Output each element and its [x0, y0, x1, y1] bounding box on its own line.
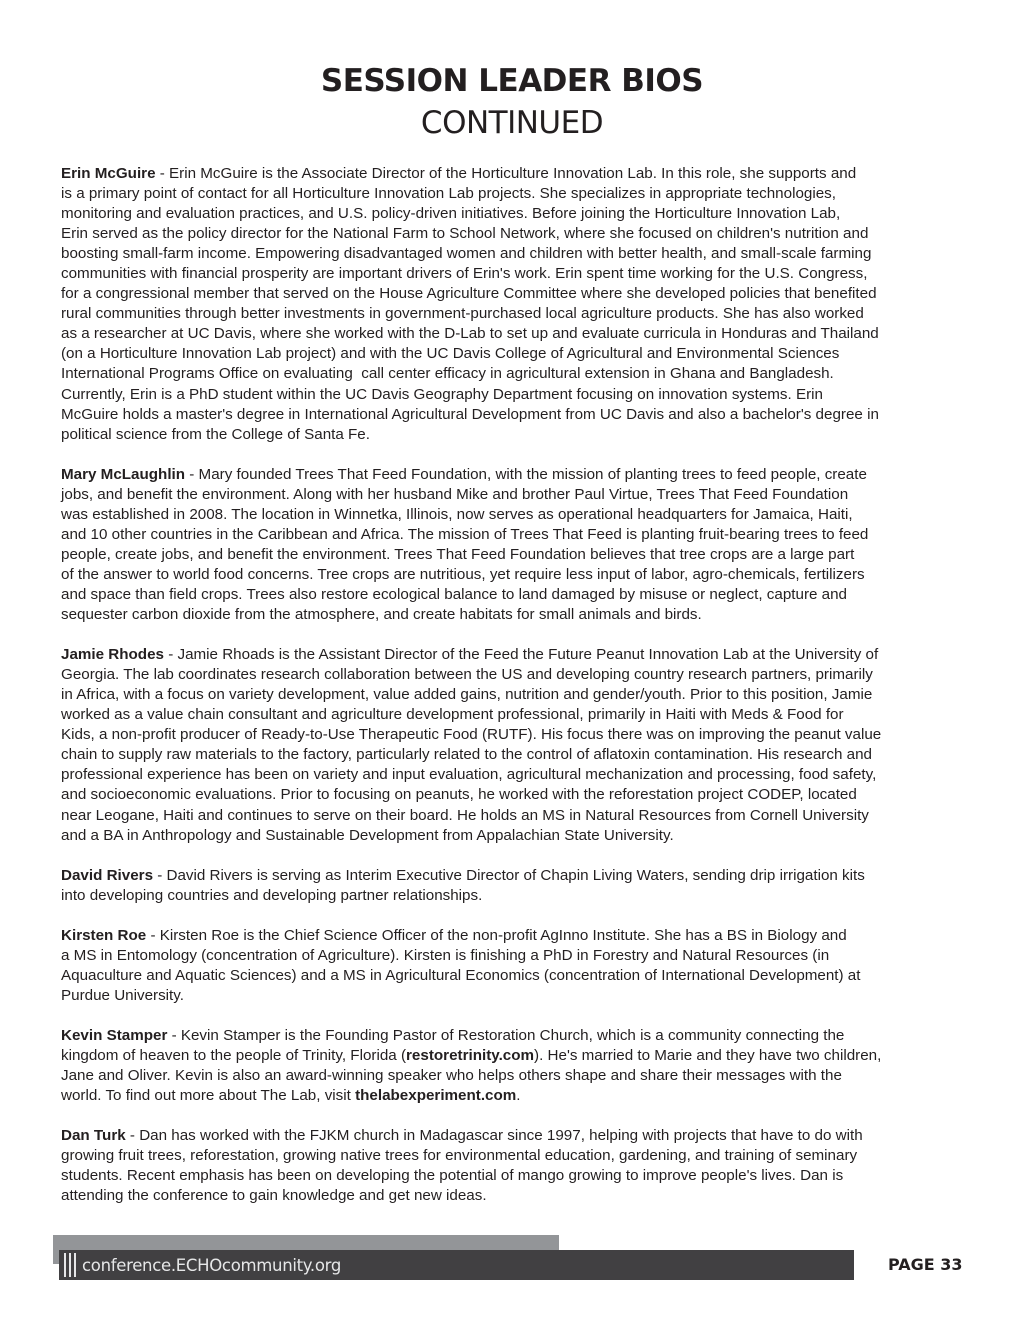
footer-url-link[interactable]: conference.ECHOcommunity.org	[82, 1256, 341, 1275]
bio-mary-mclaughlin: Mary McLaughlin - Mary founded Trees Tha…	[61, 465, 971, 625]
bio-line: monitoring and evaluation practices, and…	[61, 204, 971, 224]
footer-bar: conference.ECHOcommunity.org	[59, 1250, 854, 1280]
bio-dan-turk: Dan Turk - Dan has worked with the FJKM …	[61, 1126, 971, 1206]
bio-line: is a primary point of contact for all Ho…	[61, 184, 971, 204]
bio-line: a MS in Entomology (concentration of Agr…	[61, 946, 971, 966]
bio-line: students. Recent emphasis has been on de…	[61, 1166, 971, 1186]
bio-line: as a researcher at UC Davis, where she w…	[61, 324, 971, 344]
bio-line: Kevin Stamper - Kevin Stamper is the Fou…	[61, 1026, 971, 1046]
bio-name: Mary McLaughlin	[61, 466, 185, 483]
bio-line: rural communities through better investm…	[61, 304, 971, 324]
bio-name: Kirsten Roe	[61, 927, 146, 944]
bio-line: Erin McGuire - Erin McGuire is the Assoc…	[61, 164, 971, 184]
bio-line: and 10 other countries in the Caribbean …	[61, 525, 971, 545]
bio-line: McGuire holds a master's degree in Inter…	[61, 405, 971, 425]
bio-line: sequester carbon dioxide from the atmosp…	[61, 605, 971, 625]
bio-line: Kirsten Roe - Kirsten Roe is the Chief S…	[61, 926, 971, 946]
bio-line: near Leogane, Haiti and continues to ser…	[61, 806, 971, 826]
bio-line: Kids, a non-profit producer of Ready-to-…	[61, 725, 971, 745]
bio-line: Erin served as the policy director for t…	[61, 224, 971, 244]
bio-line: in Africa, with a focus on variety devel…	[61, 685, 971, 705]
bio-line: Jane and Oliver. Kevin is also an award-…	[61, 1066, 971, 1086]
bio-line: professional experience has been on vari…	[61, 765, 971, 785]
bio-jamie-rhodes: Jamie Rhodes - Jamie Rhoads is the Assis…	[61, 645, 971, 845]
bio-line: communities with financial prosperity ar…	[61, 264, 971, 284]
bio-line: world. To find out more about The Lab, v…	[61, 1086, 971, 1106]
bio-line: David Rivers - David Rivers is serving a…	[61, 866, 971, 886]
page-header: SESSION LEADER BIOS CONTINUED	[0, 60, 1024, 144]
page-title: SESSION LEADER BIOS	[0, 60, 1024, 102]
bio-line: chain to supply raw materials to the fac…	[61, 745, 971, 765]
bio-kirsten-roe: Kirsten Roe - Kirsten Roe is the Chief S…	[61, 926, 971, 1006]
bio-line: Georgia. The lab coordinates research co…	[61, 665, 971, 685]
vertical-bars-icon	[64, 1253, 76, 1277]
bio-line: Mary McLaughlin - Mary founded Trees Tha…	[61, 465, 971, 485]
bio-line: kingdom of heaven to the people of Trini…	[61, 1046, 971, 1066]
bio-name: Kevin Stamper	[61, 1027, 167, 1044]
bio-erin-mcguire: Erin McGuire - Erin McGuire is the Assoc…	[61, 164, 971, 445]
restoretrinity-link[interactable]: restoretrinity.com	[406, 1047, 534, 1064]
bio-line: International Programs Office on evaluat…	[61, 364, 971, 384]
bio-name: David Rivers	[61, 867, 153, 884]
page-number: PAGE 33	[888, 1255, 963, 1274]
bio-line: Currently, Erin is a PhD student within …	[61, 385, 971, 405]
bio-kevin-stamper: Kevin Stamper - Kevin Stamper is the Fou…	[61, 1026, 971, 1106]
bio-line: Dan Turk - Dan has worked with the FJKM …	[61, 1126, 971, 1146]
bio-line: for a congressional member that served o…	[61, 284, 971, 304]
bio-line: people, create jobs, and benefit the env…	[61, 545, 971, 565]
bio-david-rivers: David Rivers - David Rivers is serving a…	[61, 866, 971, 906]
bios-section: Erin McGuire - Erin McGuire is the Assoc…	[61, 164, 971, 1226]
bio-line: and space than field crops. Trees also r…	[61, 585, 971, 605]
bio-line: (on a Horticulture Innovation Lab projec…	[61, 344, 971, 364]
bio-name: Jamie Rhodes	[61, 646, 164, 663]
page-subtitle: CONTINUED	[0, 102, 1024, 144]
bio-line: Aquaculture and Aquatic Sciences) and a …	[61, 966, 971, 986]
bio-line: and socioeconomic evaluations. Prior to …	[61, 785, 971, 805]
bio-line: growing fruit trees, reforestation, grow…	[61, 1146, 971, 1166]
bio-line: Jamie Rhodes - Jamie Rhoads is the Assis…	[61, 645, 971, 665]
bio-name: Dan Turk	[61, 1127, 126, 1144]
bio-line: Purdue University.	[61, 986, 971, 1006]
bio-line: of the answer to world food concerns. Tr…	[61, 565, 971, 585]
bio-line: jobs, and benefit the environment. Along…	[61, 485, 971, 505]
bio-name: Erin McGuire	[61, 165, 156, 182]
bio-line: was established in 2008. The location in…	[61, 505, 971, 525]
thelabexperiment-link[interactable]: thelabexperiment.com	[355, 1087, 516, 1104]
bio-line: worked as a value chain consultant and a…	[61, 705, 971, 725]
bio-line: boosting small-farm income. Empowering d…	[61, 244, 971, 264]
bio-line: and a BA in Anthropology and Sustainable…	[61, 826, 971, 846]
bio-line: attending the conference to gain knowled…	[61, 1186, 971, 1206]
bio-line: political science from the College of Sa…	[61, 425, 971, 445]
bio-line: into developing countries and developing…	[61, 886, 971, 906]
